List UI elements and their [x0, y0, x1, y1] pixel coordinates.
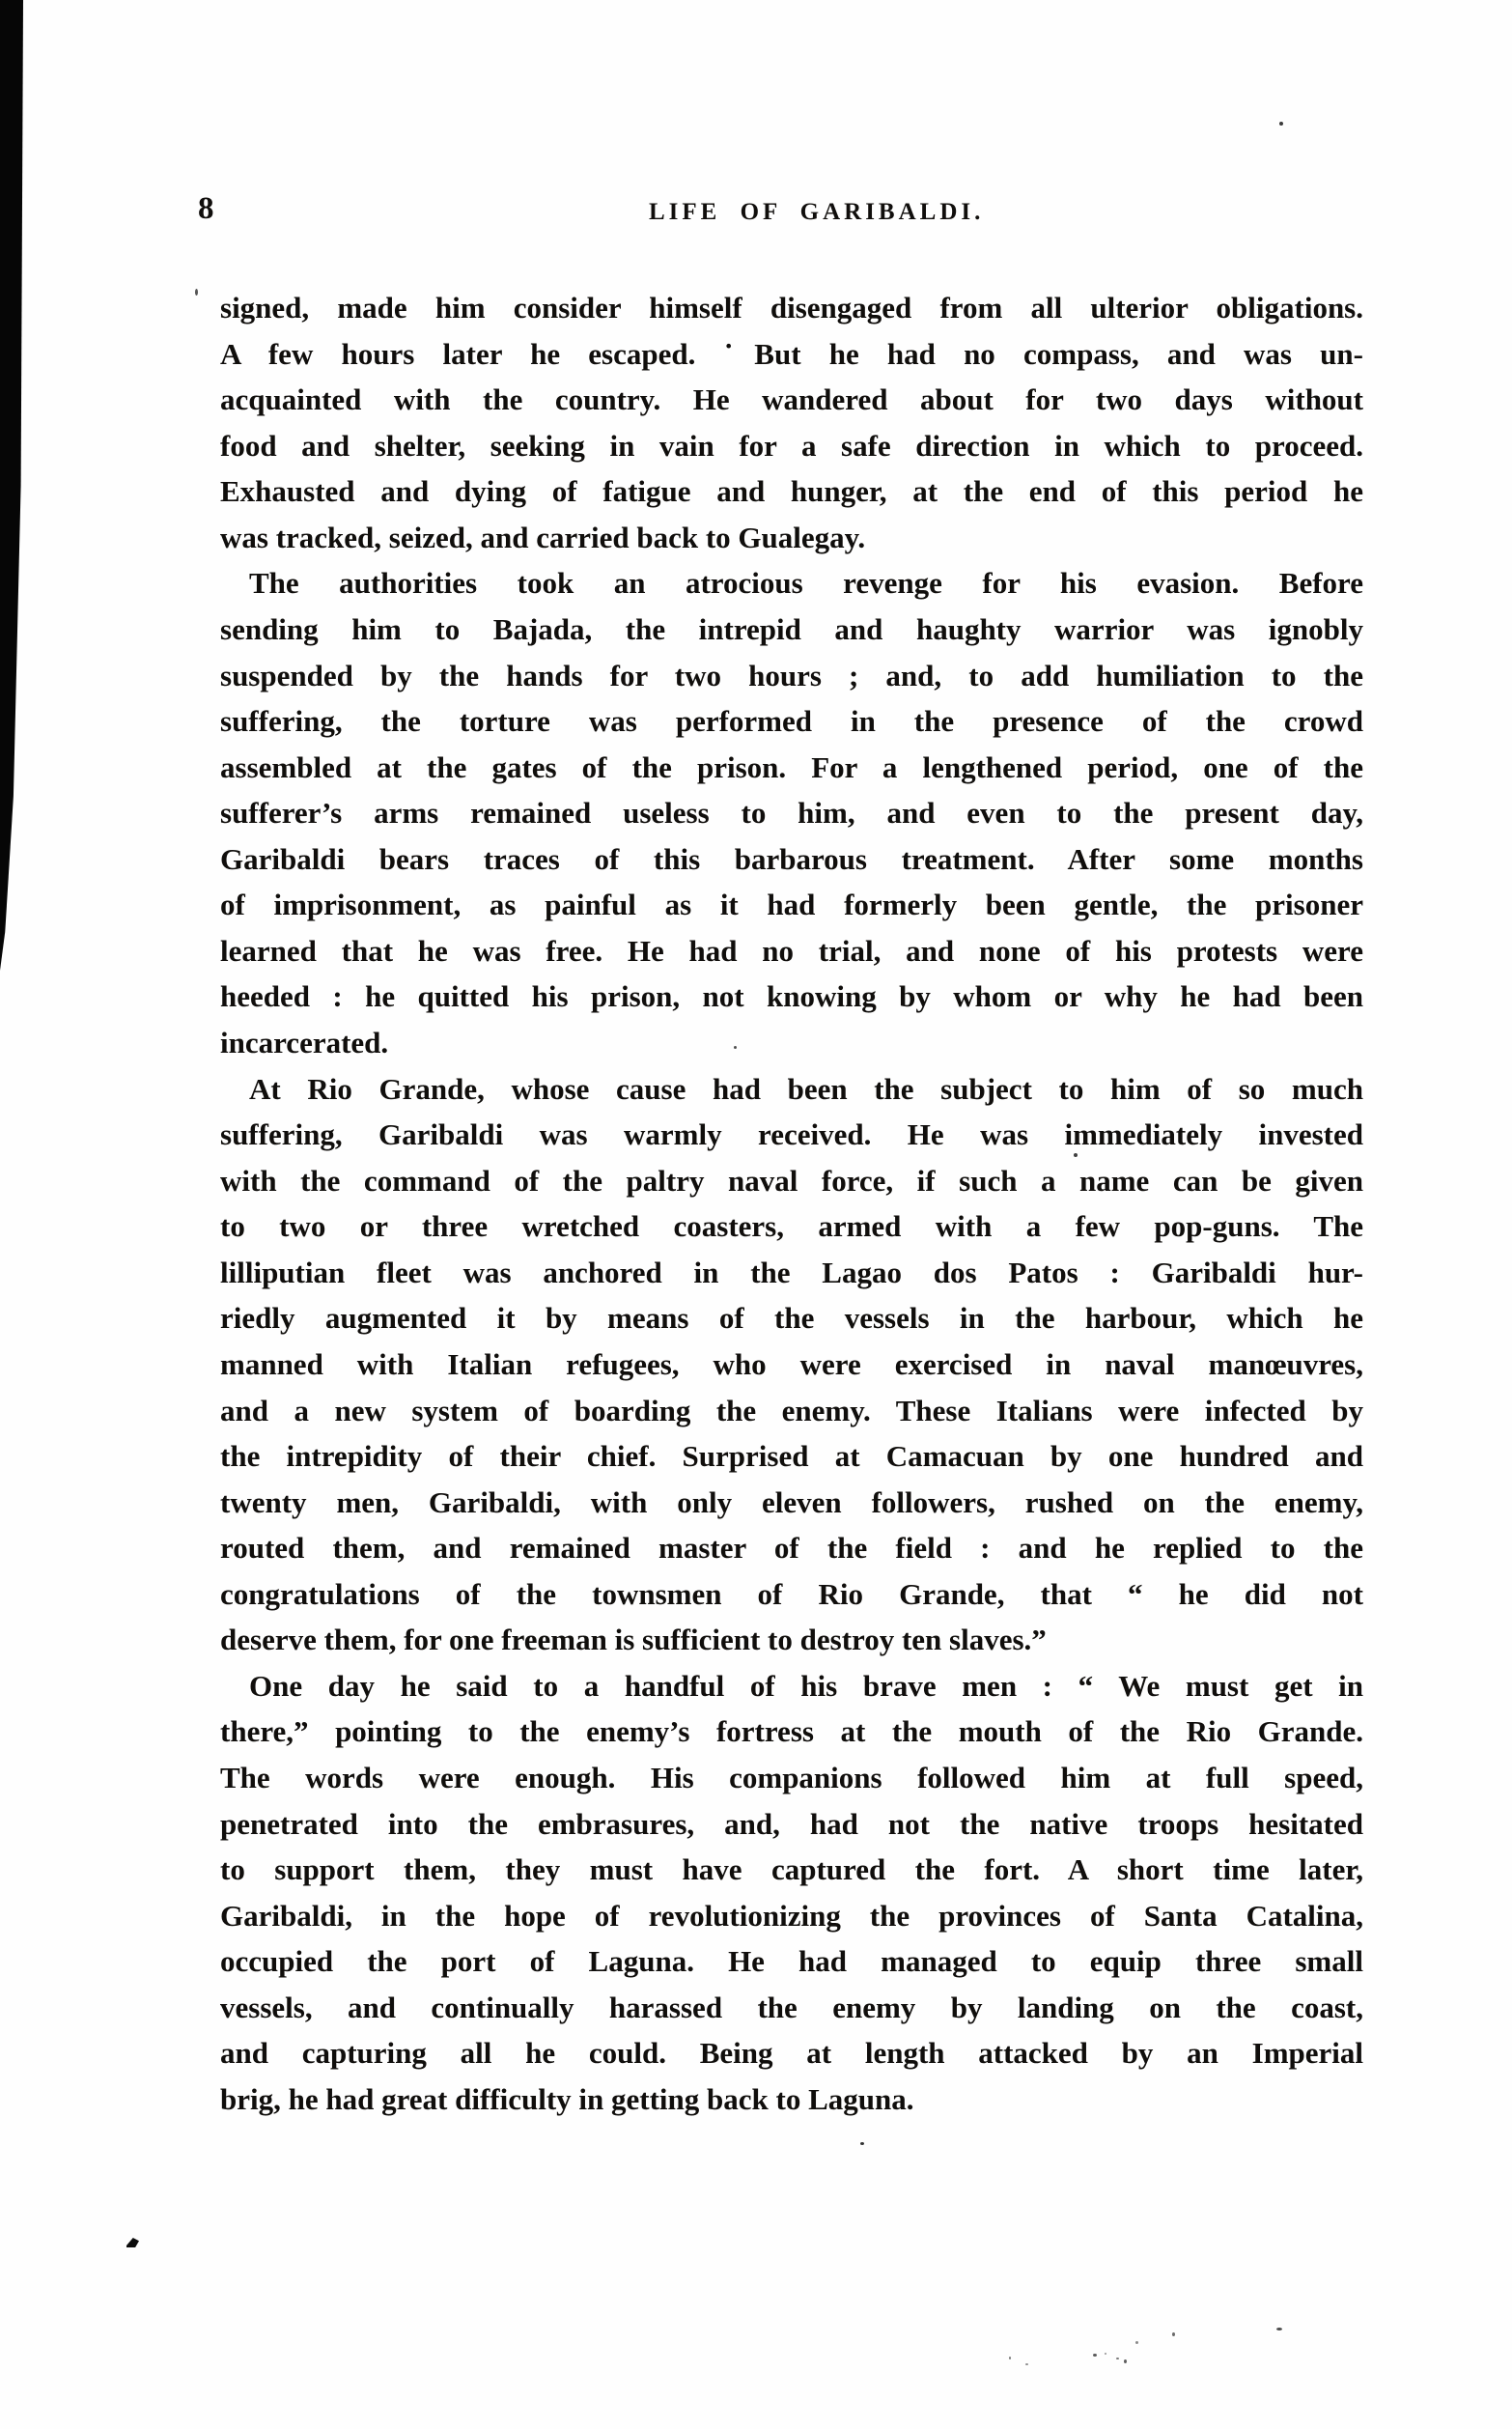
- text-line: The authorities took an atrocious reveng…: [220, 560, 1363, 607]
- text-line: Exhausted and dying of fatigue and hunge…: [220, 468, 1363, 515]
- scan-speck: [1025, 2363, 1028, 2365]
- text-line: suspended by the hands for two hours ; a…: [220, 653, 1363, 699]
- scan-speck: [195, 289, 198, 296]
- text-line: vessels, and continually harassed the en…: [220, 1985, 1363, 2031]
- text-line: the intrepidity of their chief. Surprise…: [220, 1433, 1363, 1480]
- text-line: heeded : he quitted his prison, not know…: [220, 974, 1363, 1020]
- text-line: learned that he was free. He had no tria…: [220, 928, 1363, 974]
- text-line: signed, made him consider himself diseng…: [220, 285, 1363, 331]
- text-line: to two or three wretched coasters, armed…: [220, 1203, 1363, 1250]
- scan-speck: [860, 2142, 864, 2145]
- book-page-scan: 8 LIFE OF GARIBALDI. signed, made him co…: [0, 0, 1512, 2429]
- text-line: occupied the port of Laguna. He had mana…: [220, 1938, 1363, 1985]
- scan-speck: [1172, 2332, 1175, 2336]
- scan-speck: [734, 1046, 737, 1049]
- scan-speck: [1116, 2358, 1119, 2359]
- text-line: manned with Italian refugees, who were e…: [220, 1342, 1363, 1388]
- text-line: sufferer’s arms remained useless to him,…: [220, 790, 1363, 836]
- scan-speck: [1074, 1153, 1078, 1157]
- scan-speck: [1279, 122, 1283, 126]
- text-line: Garibaldi bears traces of this barbarous…: [220, 836, 1363, 883]
- text-line: The words were enough. His companions fo…: [220, 1755, 1363, 1801]
- scan-speck: [1093, 2354, 1097, 2357]
- text-line: of imprisonment, as painful as it had fo…: [220, 882, 1363, 928]
- text-line: was tracked, seized, and carried back to…: [220, 515, 1363, 561]
- scanner-edge-artifact: [0, 0, 23, 971]
- text-line: with the command of the paltry naval for…: [220, 1158, 1363, 1204]
- text-line: Garibaldi, in the hope of revolutionizin…: [220, 1893, 1363, 1939]
- stray-ink-mark: [126, 2238, 139, 2247]
- text-line: lilliputian fleet was anchored in the La…: [220, 1250, 1363, 1296]
- text-line: deserve them, for one freeman is suffici…: [220, 1617, 1363, 1663]
- text-line: sending him to Bajada, the intrepid and …: [220, 607, 1363, 653]
- text-line: there,” pointing to the enemy’s fortress…: [220, 1709, 1363, 1755]
- running-title: LIFE OF GARIBALDI.: [649, 199, 984, 226]
- text-line: penetrated into the embrasures, and, had…: [220, 1801, 1363, 1848]
- body-text-block: signed, made him consider himself diseng…: [220, 285, 1363, 2123]
- scan-speck: [1105, 2353, 1106, 2355]
- text-line: twenty men, Garibaldi, with only eleven …: [220, 1480, 1363, 1526]
- text-line: and capturing all he could. Being at len…: [220, 2030, 1363, 2076]
- text-line: assembled at the gates of the prison. Fo…: [220, 745, 1363, 791]
- text-line: suffering, Garibaldi was warmly received…: [220, 1112, 1363, 1158]
- text-line: to support them, they must have captured…: [220, 1847, 1363, 1893]
- text-line: suffering, the torture was performed in …: [220, 698, 1363, 745]
- text-line: brig, he had great difficulty in getting…: [220, 2076, 1363, 2123]
- scan-speck: [1276, 2328, 1282, 2330]
- text-line: and a new system of boarding the enemy. …: [220, 1388, 1363, 1434]
- text-line: acquainted with the country. He wandered…: [220, 377, 1363, 423]
- scan-speck: [1135, 2341, 1138, 2344]
- text-line: A few hours later he escaped. ˙But he ha…: [220, 331, 1363, 378]
- text-line: routed them, and remained master of the …: [220, 1525, 1363, 1571]
- text-line: incarcerated.: [220, 1020, 1363, 1066]
- text-line: congratulations of the townsmen of Rio G…: [220, 1571, 1363, 1618]
- page-number: 8: [198, 191, 214, 227]
- scan-speck: [1124, 2359, 1127, 2363]
- text-line: One day he said to a handful of his brav…: [220, 1663, 1363, 1709]
- text-line: riedly augmented it by means of the vess…: [220, 1295, 1363, 1342]
- text-line: At Rio Grande, whose cause had been the …: [220, 1066, 1363, 1113]
- scan-speck: [1009, 2357, 1011, 2359]
- text-line: food and shelter, seeking in vain for a …: [220, 423, 1363, 469]
